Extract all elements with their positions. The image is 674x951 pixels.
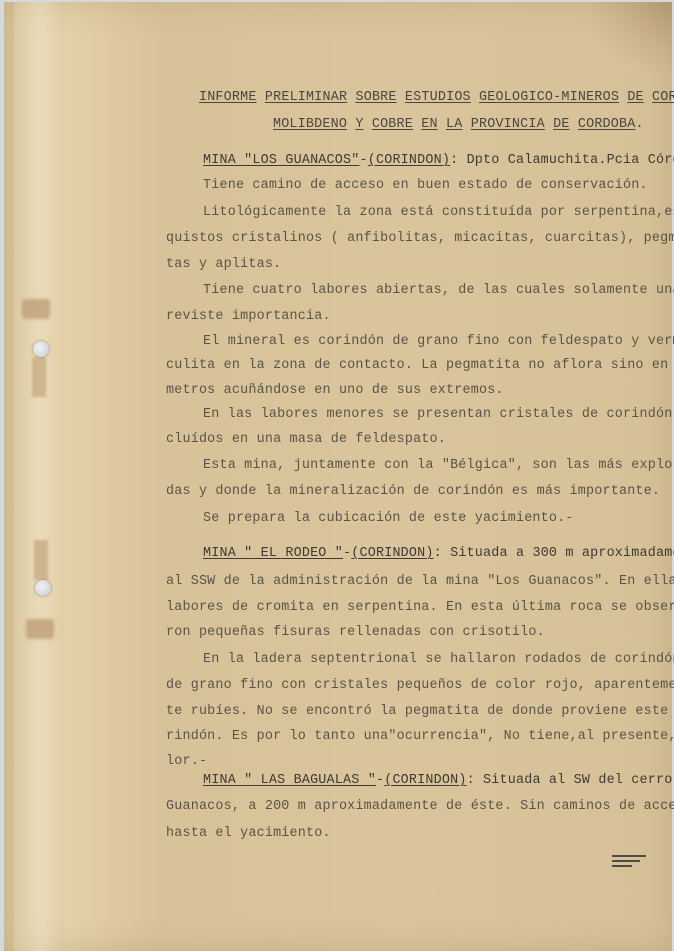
paragraph-line: tas y aplitas.	[166, 257, 281, 273]
paragraph-line: labores de cromita en serpentina. En est…	[166, 600, 674, 616]
title-line-2: MOLIBDENO Y COBRE EN LA PROVINCIA DE COR…	[240, 101, 644, 149]
paragraph-line: cluídos en una masa de feldespato.	[166, 432, 446, 448]
mineral-name: (CORINDON)	[384, 773, 466, 788]
heading-location: : Situada al SW del cerro Los	[467, 773, 674, 788]
paragraph-line: de grano fino con cristales pequeños de …	[166, 678, 674, 694]
title-punct: .	[636, 117, 644, 132]
typewritten-document: INFORME PRELIMINAR SOBRE ESTUDIOS GEOLOG…	[0, 0, 674, 951]
section-heading-los-guanacos: MINA "LOS GUANACOS"-(CORINDON): Dpto Cal…	[203, 153, 674, 169]
title-word: DE	[553, 117, 569, 132]
mineral-name: (CORINDON)	[351, 546, 433, 561]
paragraph-line: culita en la zona de contacto. La pegmat…	[166, 358, 674, 374]
title-word: Y	[355, 117, 363, 132]
heading-location: : Situada a 300 m aproximadamente	[434, 546, 674, 561]
section-heading-el-rodeo: MINA " EL RODEO "-(CORINDON): Situada a …	[203, 546, 674, 562]
paragraph-line: hasta el yacimiento.	[166, 826, 331, 842]
paragraph-line: lor.-	[166, 754, 207, 770]
heading-separator: -	[376, 773, 384, 788]
title-word: PROVINCIA	[471, 117, 545, 132]
mine-name: MINA " EL RODEO "	[203, 546, 343, 561]
paragraph-line: Guanacos, a 200 m aproximadamente de ést…	[166, 799, 674, 815]
paragraph-line: El mineral es corindón de grano fino con…	[203, 334, 674, 350]
paragraph-line: metros acuñándose en uno de sus extremos…	[166, 383, 504, 399]
paragraph-line: reviste importancia.	[166, 309, 331, 325]
paragraph-line: Tiene camino de acceso en buen estado de…	[203, 178, 648, 194]
heading-separator: -	[359, 153, 367, 168]
paragraph-line: das y donde la mineralización de corindó…	[166, 484, 660, 500]
paragraph-line: Litológicamente la zona está constituída…	[203, 205, 674, 221]
paragraph-line: Tiene cuatro labores abiertas, de las cu…	[203, 283, 674, 299]
section-heading-las-bagualas: MINA " LAS BAGUALAS "-(CORINDON): Situad…	[203, 773, 674, 789]
paragraph-line: Se prepara la cubicación de este yacimie…	[203, 511, 574, 527]
paragraph-line: rindón. Es por lo tanto una"ocurrencia",…	[166, 729, 674, 745]
paragraph-line: En la ladera septentrional se hallaron r…	[203, 652, 674, 668]
paragraph-line: Esta mina, juntamente con la "Bélgica", …	[203, 458, 674, 474]
title-word: EN	[421, 117, 437, 132]
paragraph-line: En las labores menores se presentan cris…	[203, 407, 674, 423]
mineral-name: (CORINDON)	[368, 153, 450, 168]
paragraph-line: al SSW de la administración de la mina "…	[166, 574, 674, 590]
title-word: MOLIBDENO	[273, 117, 347, 132]
mine-name: MINA "LOS GUANACOS"	[203, 153, 359, 168]
paragraph-line: quistos cristalinos ( anfibolitas, micac…	[166, 231, 674, 247]
title-word: COBRE	[372, 117, 413, 132]
paragraph-line: te rubíes. No se encontró la pegmatita d…	[166, 704, 674, 720]
paragraph-line: ron pequeñas fisuras rellenadas con cris…	[166, 625, 545, 641]
title-word: CORINDON	[652, 90, 674, 105]
heading-location: : Dpto Calamuchita.Pcia Córdoba.	[450, 153, 674, 168]
mine-name: MINA " LAS BAGUALAS "	[203, 773, 376, 788]
continuation-marks	[612, 855, 652, 870]
title-word: LA	[446, 117, 462, 132]
title-word: CORDOBA	[578, 117, 636, 132]
